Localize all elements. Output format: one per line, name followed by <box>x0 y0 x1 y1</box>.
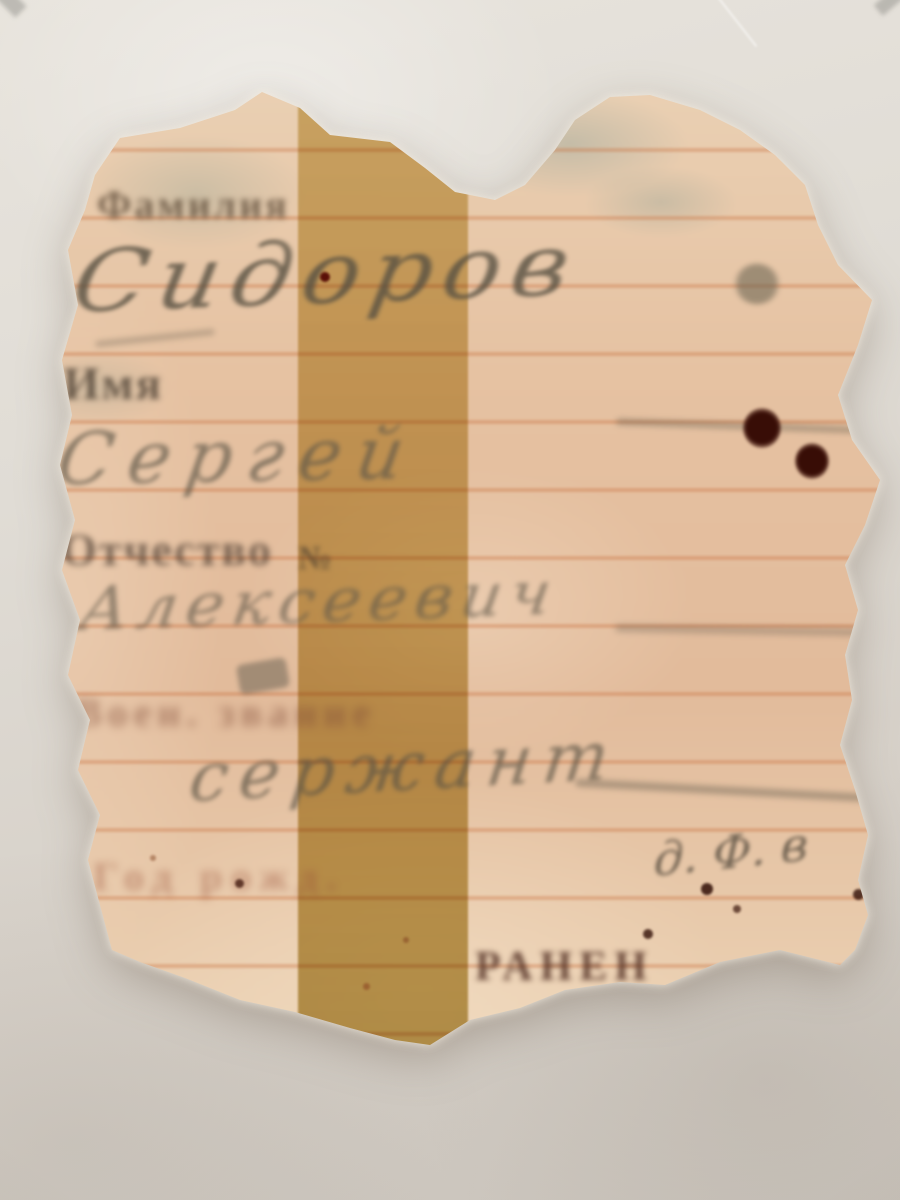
photo-scene: Фамилия Имя Отчество Воен. звание Год ро… <box>0 0 900 1200</box>
photo-vignette <box>0 0 900 1200</box>
